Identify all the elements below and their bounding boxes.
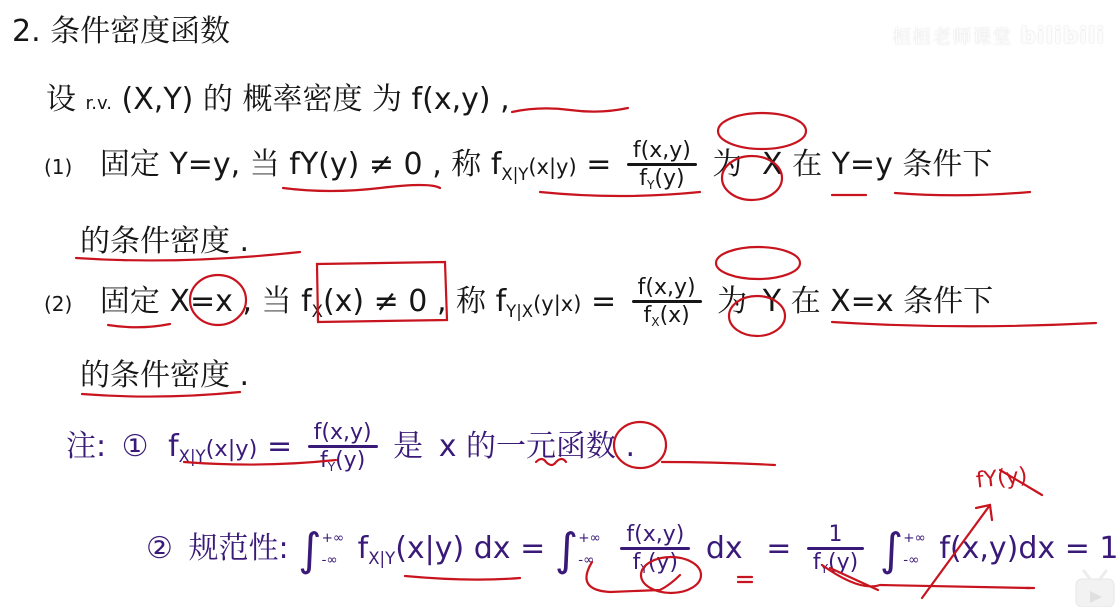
note2-line: ② 规范性: ∫+∞-∞ fX|Y(x|y) dx = ∫+∞-∞ f(x,y)… (146, 522, 1118, 577)
note1-var: x (439, 429, 457, 464)
rv-abbrev: r.v. (86, 93, 112, 114)
section-number: 2. (12, 14, 41, 49)
item1-lhs: fX|Y(x|y) (491, 147, 577, 182)
item1-as: 为 (712, 147, 742, 182)
item2-call: , 称 (437, 284, 486, 319)
section-title: 条件密度函数 (50, 14, 230, 49)
note2-fraction-1: f(x,y) fY(y) (620, 522, 690, 577)
item2-conclusion: 的条件密度 (80, 358, 230, 393)
note1-period: . (626, 429, 636, 464)
item1-suffix: 条件下 (902, 147, 992, 182)
item2-given: X=x (830, 284, 893, 319)
item2-fraction: f(x,y) fX(x) (632, 275, 702, 330)
item1-period: . (240, 224, 250, 259)
integral-limits-2: +∞-∞ (578, 528, 601, 571)
note2-marker: ② (146, 531, 173, 566)
item2-fix: 固定 (100, 284, 160, 319)
note2-property: 规范性: (188, 531, 288, 566)
note1-is: 是 (393, 429, 423, 464)
item1-line2: 的条件密度 . (80, 216, 249, 260)
note1-lhs: fX|Y(x|y) (168, 429, 257, 464)
section-heading: 2. 条件密度函数 (12, 6, 230, 50)
item2-when: , 当 (242, 284, 291, 319)
note1-fraction: f(x,y) fY(y) (308, 420, 378, 475)
note1-denominator: fY(y) (314, 448, 371, 475)
note2-equals-3: = (1065, 531, 1090, 566)
item2-label: (2) (44, 292, 72, 316)
item1-fix: 固定 (100, 147, 160, 182)
note2-dx-1: dx (474, 531, 511, 566)
integral-sign-2: ∫ (555, 523, 578, 576)
item1-line: (1) 固定 Y=y, 当 fY(y) ≠ 0 , 称 fX|Y(x|y) = … (44, 138, 992, 193)
channel-watermark: 桓桓老师课堂bilibili (892, 22, 1105, 49)
note1-function: 函数 (556, 429, 616, 464)
integral-sign-3: ∫ (880, 523, 903, 576)
integral-sign-1: ∫ (298, 523, 321, 576)
item1-fraction: f(x,y) fY(y) (627, 138, 697, 193)
intro-prefix: 设 (46, 82, 76, 117)
item1-equals: = (586, 147, 611, 182)
item1-label: (1) (44, 155, 72, 179)
item1-condition: fY(y) ≠ 0 (289, 147, 422, 182)
note1-of: 的 (466, 429, 496, 464)
note1-numerator: f(x,y) (308, 420, 378, 445)
note1-line: 注: ① fX|Y(x|y) = f(x,y) fY(y) 是 x 的一元函数 … (66, 420, 635, 475)
item1-at: 在 (792, 147, 822, 182)
channel-name: 桓桓老师课堂 (892, 26, 1012, 48)
item2-line: (2) 固定 X=x , 当 fX(x) ≠ 0 , 称 fY|X(y|x) =… (44, 275, 993, 330)
item2-fix-value: X=x (169, 284, 232, 319)
item2-as: 为 (717, 284, 747, 319)
item2-equals: = (591, 284, 616, 319)
item1-call: , 称 (432, 147, 481, 182)
item1-given: Y=y (832, 147, 893, 182)
note2-equals-1: = (520, 531, 545, 566)
notes-label: 注: (66, 429, 106, 464)
item2-line2: 的条件密度 . (80, 350, 249, 394)
note2-joint-integrand: f(x,y) (939, 531, 1018, 566)
rv-pair: (X,Y) (122, 82, 194, 117)
intro-comma: , (500, 82, 510, 117)
note2-equals-2: = (766, 531, 791, 566)
item2-var: Y (763, 284, 781, 319)
integral-limits-1: +∞-∞ (322, 528, 345, 571)
item1-numerator: f(x,y) (627, 138, 697, 163)
annotation-fy: fY(y) (975, 463, 1029, 493)
integral-limits-3: +∞-∞ (903, 528, 926, 571)
note2-integrand: fX|Y(x|y) (358, 531, 465, 566)
joint-density: f(x,y) (412, 82, 491, 117)
item2-lhs: fY|X(y|x) (496, 284, 582, 319)
note2-result: 1 (1099, 531, 1118, 566)
intro-line: 设 r.v. (X,Y) 的 概率密度 为 f(x,y) , (46, 74, 510, 118)
item2-condition: fX(x) ≠ 0 (301, 284, 427, 319)
note2-dx-2: dx (706, 531, 743, 566)
item2-period: . (240, 358, 250, 393)
item1-var: X (762, 147, 783, 182)
note1-unary: 一元 (496, 429, 556, 464)
note2-dx-3: dx (1018, 531, 1055, 566)
note2-fraction-2: 1 fY(y) (807, 522, 864, 577)
item1-conclusion: 的条件密度 (80, 224, 230, 259)
item2-at: 在 (791, 284, 821, 319)
item1-denominator: fY(y) (633, 166, 690, 193)
note1-marker: ① (122, 429, 149, 464)
item2-numerator: f(x,y) (632, 275, 702, 300)
item1-when: 当 (250, 147, 280, 182)
note1-equals: = (267, 429, 292, 464)
item2-suffix: 条件下 (903, 284, 993, 319)
bilibili-logo: bilibili (1020, 24, 1105, 49)
intro-text: 的 概率密度 为 (203, 82, 402, 117)
bilibili-tv-icon (1070, 567, 1116, 607)
item1-fix-value: Y=y, (169, 147, 240, 182)
item2-denominator: fX(x) (638, 303, 696, 330)
